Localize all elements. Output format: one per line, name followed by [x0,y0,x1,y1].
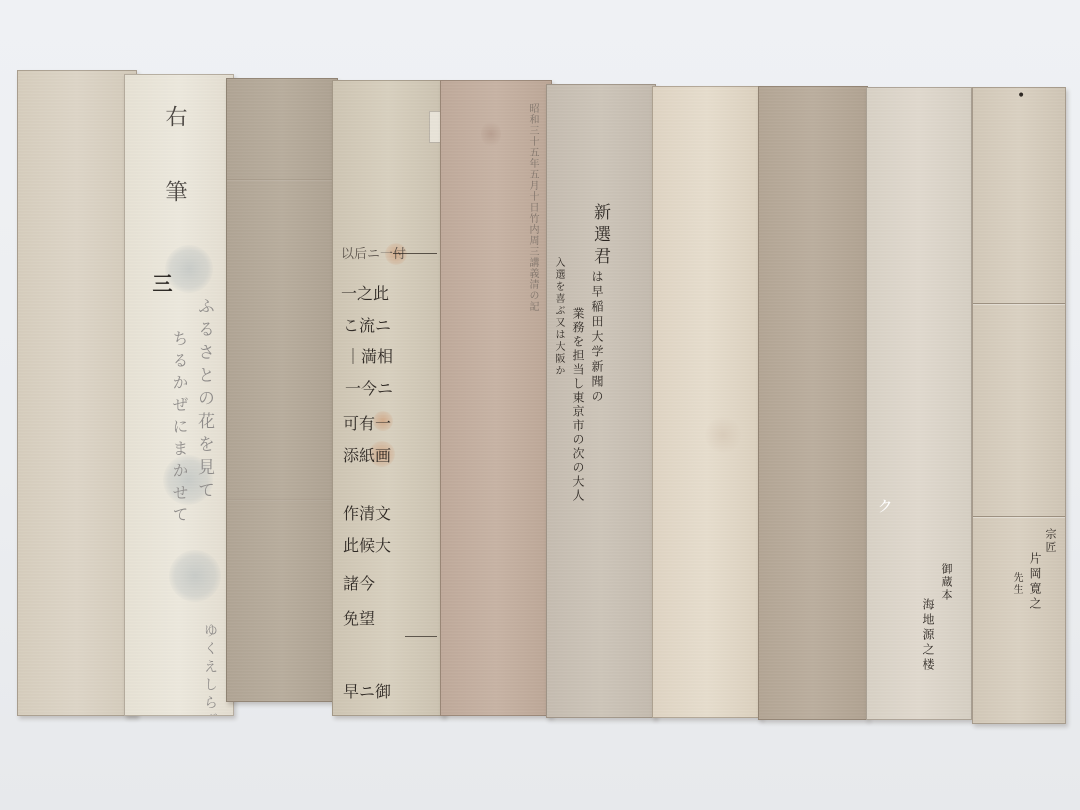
paper-strip-8 [758,86,868,720]
inscription-1: 宗匠 [1045,528,1056,554]
calligraphy-mark: 三 [151,273,171,293]
cursive-line-8: 作清文 [343,501,391,524]
stain-mark [481,121,501,147]
fold-line [227,499,337,500]
photo-scene: 右 筆 三 ふるさとの花を見て ちるかぜにまかせて ゆくえしらず 以后ニ一付 一… [0,0,1080,810]
inscription-2: 海地源之楼 [922,598,934,673]
paper-strip-5: 昭和三十五年五月十日竹内周三講義清の記 [440,80,552,716]
ink-stroke [393,253,437,254]
paper-strip-3 [226,78,338,702]
ink-stroke [405,636,437,637]
inscription-1: 御蔵本 [941,563,952,602]
cursive-line-10: 諸今 [343,571,375,594]
inscription-main-2: は早稲田大学新聞の [591,270,603,405]
paper-strip-6: 新選君 は早稲田大学新聞の 業務を担当し東京市の次の大人 入選を喜ぶ又は大阪か [546,84,656,718]
pencil-poem-line-3: ゆくえしらず [203,623,217,716]
calligraphy-title: 右 筆 [163,105,185,216]
cursive-line-12: 早ニ御 [343,679,391,702]
cursive-line-7: 添紙画 [343,443,391,466]
paper-strip-9: ㇰ 御蔵本 海地源之楼 [866,87,972,720]
cursive-line-2: 一之此 [341,281,389,304]
cursive-line-5: 一今ニ [345,376,393,399]
white-mark: ㇰ [875,488,895,517]
paper-strip-7 [652,86,762,718]
inscription-main-3: 業務を担当し東京市の次の大人 [572,307,584,503]
paper-strip-1 [17,70,137,716]
cursive-line-9: 此候大 [343,533,391,556]
leaf-stamp [169,550,221,602]
pencil-poem-line-2: ちるかぜにまかせて [171,330,187,528]
inscription-main-1: 新選君 [591,203,608,269]
cursive-line-4: ｜満相 [345,344,393,367]
paper-strip-10: • 宗匠 片岡寛之 先生 [972,87,1066,724]
cursive-line-3: こ流ニ [343,313,391,336]
cursive-line-11: 免望 [343,606,375,629]
paper-strip-2: 右 筆 三 ふるさとの花を見て ちるかぜにまかせて ゆくえしらず [124,74,234,716]
fold-line [973,303,1065,304]
stain-mark [705,417,741,453]
inscription-2: 片岡寛之 [1029,552,1041,612]
paper-strip-4: 以后ニ一付 一之此 こ流ニ ｜満相 一今ニ 可有一 添紙画 作清文 此候大 諸今… [332,80,445,716]
pencil-poem-line-1: ふるさとの花を見て [195,297,212,504]
fold-line [973,516,1065,517]
inscription-3: 先生 [1011,572,1021,596]
inscription-side: 入選を喜ぶ又は大阪か [553,257,563,377]
dot-mark: • [1017,88,1025,104]
small-inscription: 昭和三十五年五月十日竹内周三講義清の記 [527,103,537,312]
fold-line [227,179,337,180]
cursive-line-6: 可有一 [343,411,391,434]
